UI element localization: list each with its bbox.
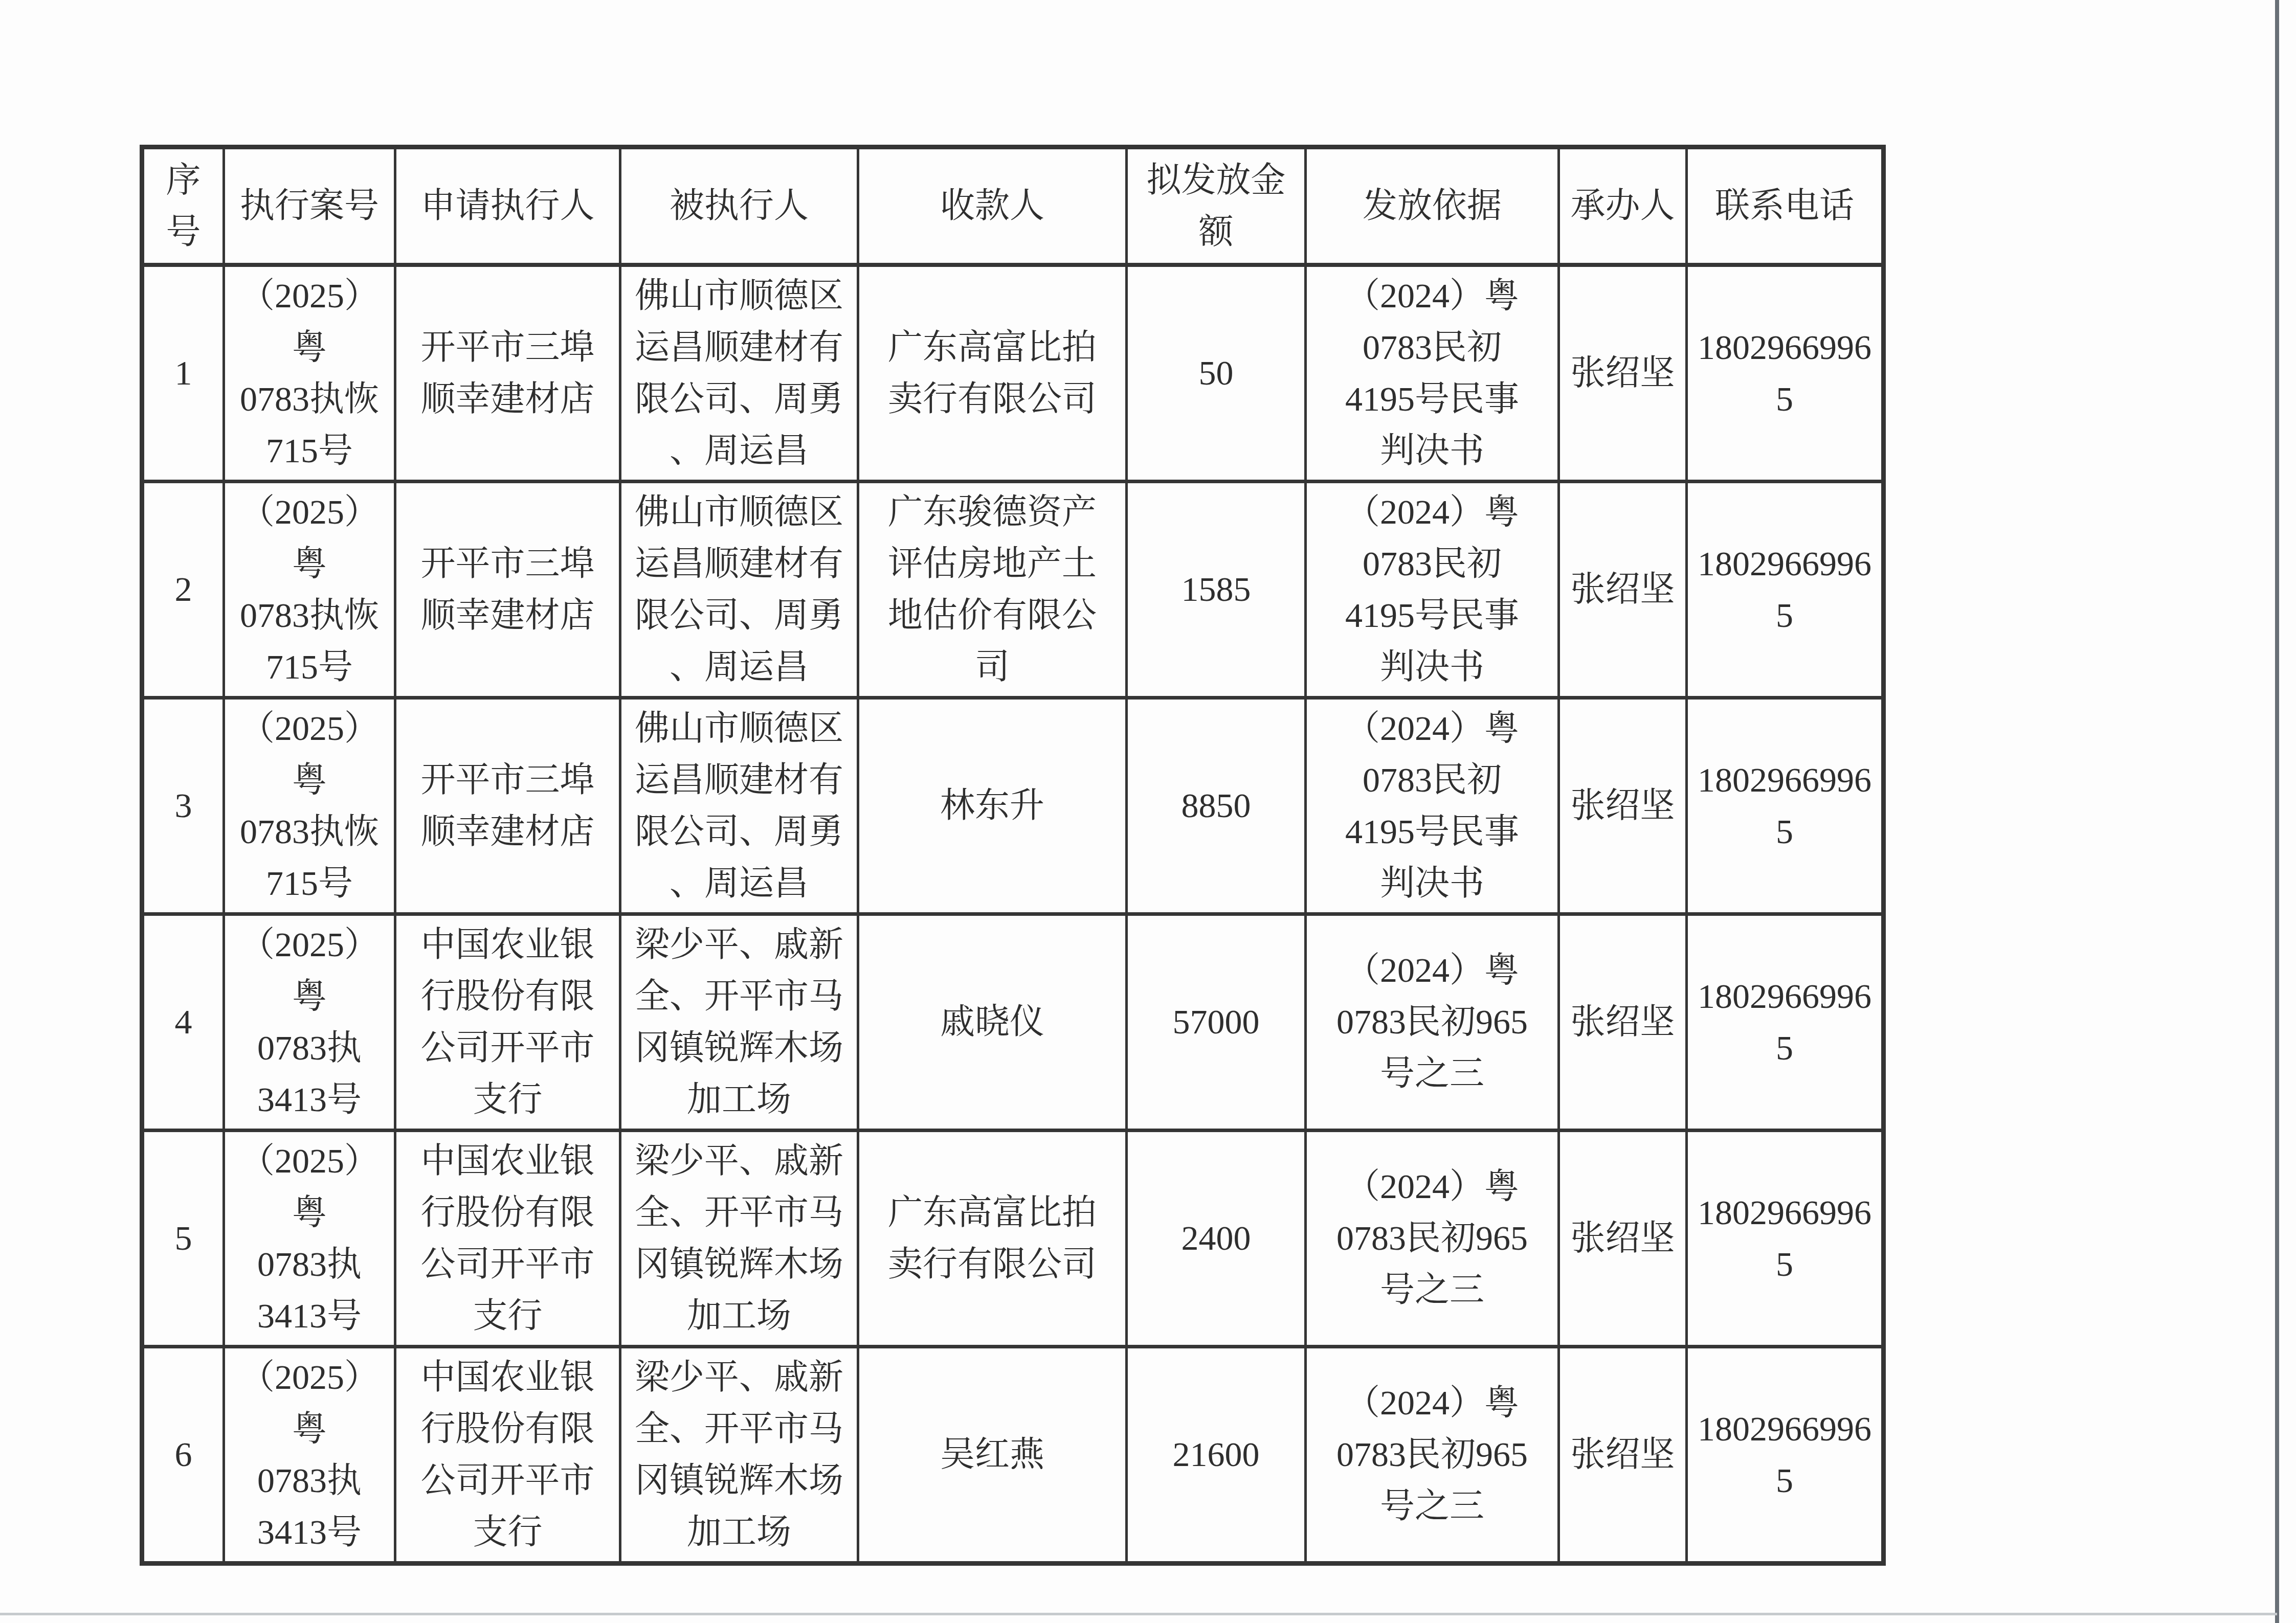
table-cell-case-no: （2025）粤 0783执 3413号 bbox=[224, 914, 395, 1130]
table-cell-basis: （2024）粤 0783民初 4195号民事 判决书 bbox=[1306, 481, 1559, 697]
table-cell-applicant: 中国农业银 行股份有限 公司开平市 支行 bbox=[395, 1130, 620, 1346]
table-cell-amount: 21600 bbox=[1127, 1346, 1306, 1563]
col-header-amount: 拟发放金 额 bbox=[1127, 147, 1306, 265]
table-cell-amount: 50 bbox=[1127, 265, 1306, 482]
table-cell-amount: 1585 bbox=[1127, 481, 1306, 697]
col-header-handler: 承办人 bbox=[1559, 147, 1687, 265]
execution-payout-table: 序 号 执行案号 申请执行人 被执行人 收款人 拟发放金 额 发放依据 承办人 … bbox=[140, 145, 1886, 1566]
col-header-basis: 发放依据 bbox=[1306, 147, 1559, 265]
table-cell-handler: 张绍坚 bbox=[1559, 1346, 1687, 1563]
table-row: 1（2025）粤 0783执恢 715号开平市三埠 顺幸建材店佛山市顺德区 运昌… bbox=[142, 265, 1884, 482]
table-row: 5（2025）粤 0783执 3413号中国农业银 行股份有限 公司开平市 支行… bbox=[142, 1130, 1884, 1346]
table-cell-handler: 张绍坚 bbox=[1559, 481, 1687, 697]
col-header-applicant: 申请执行人 bbox=[395, 147, 620, 265]
table-cell-payee: 广东高富比拍 卖行有限公司 bbox=[858, 265, 1127, 482]
table-cell-handler: 张绍坚 bbox=[1559, 1130, 1687, 1346]
table-cell-handler: 张绍坚 bbox=[1559, 914, 1687, 1130]
table-cell-case-no: （2025）粤 0783执恢 715号 bbox=[224, 265, 395, 482]
table-cell-payee: 广东高富比拍 卖行有限公司 bbox=[858, 1130, 1127, 1346]
table-cell-phone: 18029669965 bbox=[1687, 1130, 1884, 1346]
table-cell-seq: 5 bbox=[142, 1130, 224, 1346]
table-row: 2（2025）粤 0783执恢 715号开平市三埠 顺幸建材店佛山市顺德区 运昌… bbox=[142, 481, 1884, 697]
table-cell-amount: 57000 bbox=[1127, 914, 1306, 1130]
table-cell-applicant: 开平市三埠 顺幸建材店 bbox=[395, 697, 620, 914]
table-cell-basis: （2024）粤 0783民初 4195号民事 判决书 bbox=[1306, 697, 1559, 914]
table-cell-applicant: 中国农业银 行股份有限 公司开平市 支行 bbox=[395, 914, 620, 1130]
table-cell-applicant: 开平市三埠 顺幸建材店 bbox=[395, 481, 620, 697]
col-header-payee: 收款人 bbox=[858, 147, 1127, 265]
table-cell-payee: 戚晓仪 bbox=[858, 914, 1127, 1130]
table-cell-seq: 4 bbox=[142, 914, 224, 1130]
scan-page-edge-bottom bbox=[0, 1613, 2277, 1615]
table-cell-basis: （2024）粤 0783民初965 号之三 bbox=[1306, 914, 1559, 1130]
table-cell-phone: 18029669965 bbox=[1687, 265, 1884, 482]
scanned-document-page: { "table": { "columns": [ "序\n号", "执行案号"… bbox=[0, 0, 2296, 1623]
table-cell-seq: 6 bbox=[142, 1346, 224, 1563]
table-cell-seq: 3 bbox=[142, 697, 224, 914]
table-cell-case-no: （2025）粤 0783执恢 715号 bbox=[224, 481, 395, 697]
table-cell-applicant: 开平市三埠 顺幸建材店 bbox=[395, 265, 620, 482]
scan-page-edge-right bbox=[2275, 0, 2279, 1623]
table-cell-respondent: 梁少平、戚新 全、开平市马 冈镇锐辉木场 加工场 bbox=[620, 1130, 858, 1346]
col-header-respondent: 被执行人 bbox=[620, 147, 858, 265]
table-row: 3（2025）粤 0783执恢 715号开平市三埠 顺幸建材店佛山市顺德区 运昌… bbox=[142, 697, 1884, 914]
table-cell-basis: （2024）粤 0783民初965 号之三 bbox=[1306, 1346, 1559, 1563]
table-body: 1（2025）粤 0783执恢 715号开平市三埠 顺幸建材店佛山市顺德区 运昌… bbox=[142, 265, 1884, 1564]
table-row: 4（2025）粤 0783执 3413号中国农业银 行股份有限 公司开平市 支行… bbox=[142, 914, 1884, 1130]
table-cell-respondent: 佛山市顺德区 运昌顺建材有 限公司、周勇 、周运昌 bbox=[620, 697, 858, 914]
table-cell-phone: 18029669965 bbox=[1687, 1346, 1884, 1563]
table-header-row: 序 号 执行案号 申请执行人 被执行人 收款人 拟发放金 额 发放依据 承办人 … bbox=[142, 147, 1884, 265]
table-cell-case-no: （2025）粤 0783执恢 715号 bbox=[224, 697, 395, 914]
table-cell-seq: 1 bbox=[142, 265, 224, 482]
table-cell-payee: 吴红燕 bbox=[858, 1346, 1127, 1563]
table-cell-basis: （2024）粤 0783民初965 号之三 bbox=[1306, 1130, 1559, 1346]
table-cell-respondent: 梁少平、戚新 全、开平市马 冈镇锐辉木场 加工场 bbox=[620, 914, 858, 1130]
table-cell-respondent: 佛山市顺德区 运昌顺建材有 限公司、周勇 、周运昌 bbox=[620, 265, 858, 482]
table-cell-phone: 18029669965 bbox=[1687, 914, 1884, 1130]
table-cell-respondent: 梁少平、戚新 全、开平市马 冈镇锐辉木场 加工场 bbox=[620, 1346, 858, 1563]
table-cell-seq: 2 bbox=[142, 481, 224, 697]
col-header-phone: 联系电话 bbox=[1687, 147, 1884, 265]
col-header-seq: 序 号 bbox=[142, 147, 224, 265]
table-row: 6（2025）粤 0783执 3413号中国农业银 行股份有限 公司开平市 支行… bbox=[142, 1346, 1884, 1563]
table-cell-amount: 8850 bbox=[1127, 697, 1306, 914]
table-cell-phone: 18029669965 bbox=[1687, 697, 1884, 914]
table-cell-handler: 张绍坚 bbox=[1559, 697, 1687, 914]
table-cell-handler: 张绍坚 bbox=[1559, 265, 1687, 482]
table-header: 序 号 执行案号 申请执行人 被执行人 收款人 拟发放金 额 发放依据 承办人 … bbox=[142, 147, 1884, 265]
table-cell-basis: （2024）粤 0783民初 4195号民事 判决书 bbox=[1306, 265, 1559, 482]
table-cell-case-no: （2025）粤 0783执 3413号 bbox=[224, 1130, 395, 1346]
table-cell-amount: 2400 bbox=[1127, 1130, 1306, 1346]
table-cell-phone: 18029669965 bbox=[1687, 481, 1884, 697]
col-header-case-no: 执行案号 bbox=[224, 147, 395, 265]
table-cell-payee: 广东骏德资产 评估房地产土 地估价有限公 司 bbox=[858, 481, 1127, 697]
table-cell-respondent: 佛山市顺德区 运昌顺建材有 限公司、周勇 、周运昌 bbox=[620, 481, 858, 697]
table-cell-payee: 林东升 bbox=[858, 697, 1127, 914]
table-cell-applicant: 中国农业银 行股份有限 公司开平市 支行 bbox=[395, 1346, 620, 1563]
table-cell-case-no: （2025）粤 0783执 3413号 bbox=[224, 1346, 395, 1563]
